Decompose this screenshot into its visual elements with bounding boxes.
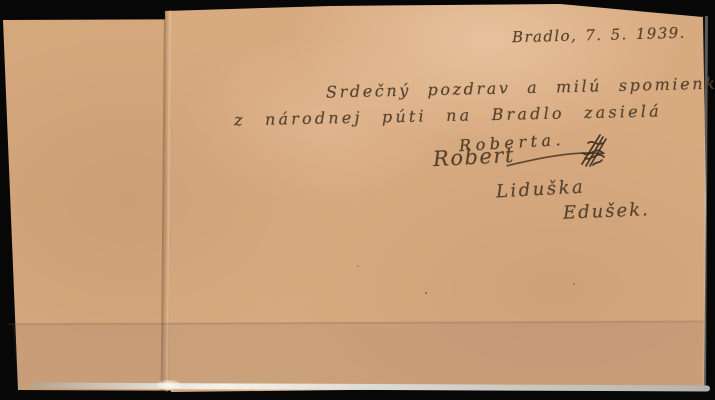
signature-robert: Robert	[432, 143, 515, 171]
paper-speck	[357, 265, 359, 267]
signature-edusek: Edušek.	[563, 199, 651, 224]
paper-speck	[573, 283, 575, 285]
ink-scribble	[577, 131, 611, 169]
right-paper-edge	[703, 16, 708, 388]
paper-speck	[425, 292, 427, 294]
postcard-scan: Bradlo, 7. 5. 1939. Srdečný pozdrav a mi…	[0, 0, 715, 400]
bottom-edge-glint	[157, 380, 181, 390]
